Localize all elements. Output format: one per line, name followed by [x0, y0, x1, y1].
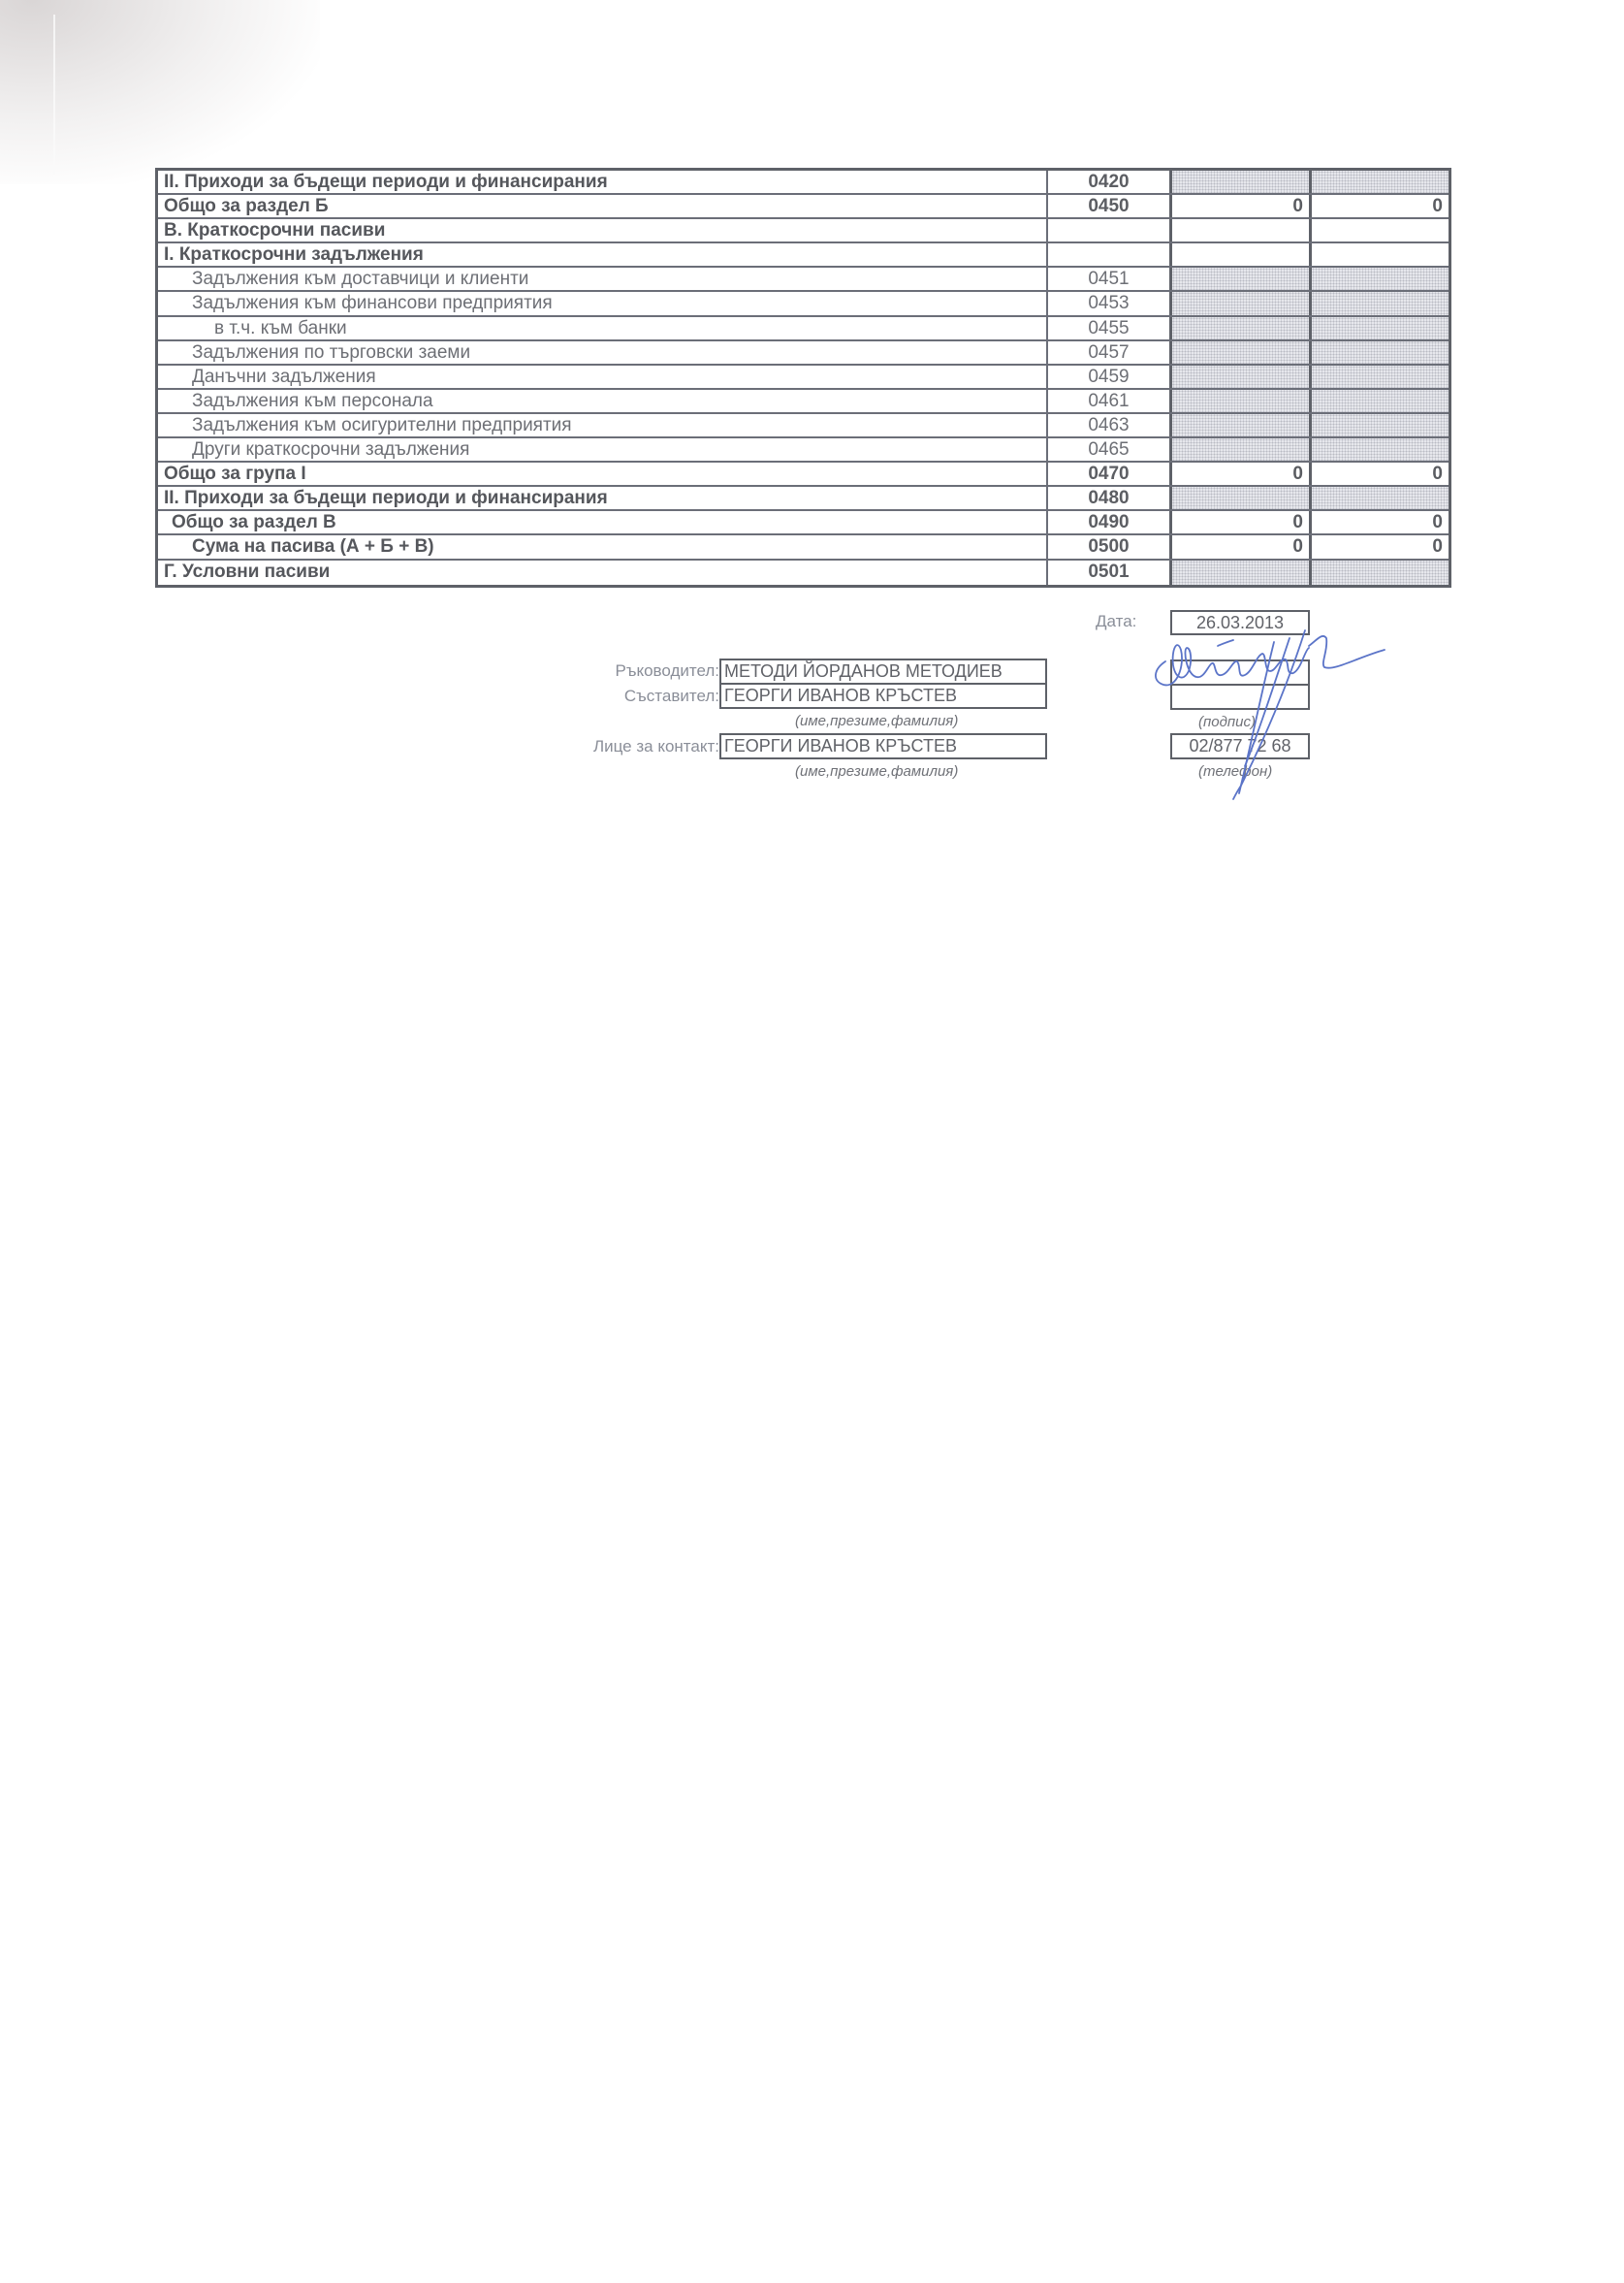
row-label: Задължения към осигурителни предприятия — [158, 414, 1048, 436]
row-code: 0455 — [1048, 317, 1172, 339]
previous-period-value[interactable] — [1312, 341, 1449, 364]
previous-period-value[interactable] — [1312, 171, 1449, 193]
row-code: 0453 — [1048, 292, 1172, 314]
table-row: Сума на пасива (А + Б + В)050000 — [158, 535, 1449, 560]
row-label: в т.ч. към банки — [158, 317, 1048, 339]
current-period-value[interactable] — [1172, 390, 1312, 412]
signature-caption: (подпис) — [1198, 714, 1256, 730]
row-code: 0490 — [1048, 511, 1172, 533]
row-code: 0465 — [1048, 438, 1172, 461]
current-period-value[interactable] — [1172, 487, 1312, 509]
current-period-value: 0 — [1172, 511, 1312, 533]
row-code: 0420 — [1048, 171, 1172, 193]
row-label: Общо за раздел Б — [158, 195, 1048, 217]
manager-name-field[interactable]: МЕТОДИ ЙОРДАНОВ МЕТОДИЕВ — [719, 659, 1047, 685]
table-row: Данъчни задължения0459 — [158, 366, 1449, 390]
row-code: 0463 — [1048, 414, 1172, 436]
current-period-value: 0 — [1172, 195, 1312, 217]
row-label: В. Краткосрочни пасиви — [158, 219, 1048, 241]
current-period-value[interactable] — [1172, 414, 1312, 436]
table-row: I. Краткосрочни задължения — [158, 243, 1449, 268]
row-code: 0500 — [1048, 535, 1172, 558]
row-label: Задължения по търговски заеми — [158, 341, 1048, 364]
table-row: Други краткосрочни задължения0465 — [158, 438, 1449, 463]
compiler-name-field[interactable]: ГЕОРГИ ИВАНОВ КРЪСТЕВ — [719, 683, 1047, 709]
table-row: в т.ч. към банки0455 — [158, 317, 1449, 341]
row-code: 0451 — [1048, 268, 1172, 290]
scan-shadow — [0, 0, 320, 184]
manager-label: Ръководител: — [615, 661, 719, 681]
previous-period-value[interactable] — [1312, 414, 1449, 436]
previous-period-value: 0 — [1312, 463, 1449, 485]
current-period-value[interactable] — [1172, 341, 1312, 364]
previous-period-value[interactable] — [1312, 487, 1449, 509]
current-period-value[interactable] — [1172, 292, 1312, 314]
previous-period-value — [1312, 243, 1449, 266]
row-code: 0480 — [1048, 487, 1172, 509]
row-label: Данъчни задължения — [158, 366, 1048, 388]
table-row: II. Приходи за бъдещи периоди и финансир… — [158, 171, 1449, 195]
contact-label: Лице за контакт: — [593, 737, 719, 756]
table-row: Г. Условни пасиви0501 — [158, 561, 1449, 585]
row-label: Общо за раздел В — [158, 511, 1048, 533]
name-caption: (име,презиме,фамилия) — [795, 713, 958, 729]
current-period-value[interactable] — [1172, 317, 1312, 339]
previous-period-value: 0 — [1312, 535, 1449, 558]
previous-period-value[interactable] — [1312, 268, 1449, 290]
current-period-value: 0 — [1172, 463, 1312, 485]
previous-period-value: 0 — [1312, 511, 1449, 533]
scan-edge — [53, 15, 55, 175]
table-row: Задължения към доставчици и клиенти0451 — [158, 268, 1449, 292]
table-row: Задължения по търговски заеми0457 — [158, 341, 1449, 366]
current-period-value: 0 — [1172, 535, 1312, 558]
current-period-value[interactable] — [1172, 438, 1312, 461]
current-period-value[interactable] — [1172, 561, 1312, 585]
row-label: II. Приходи за бъдещи периоди и финансир… — [158, 171, 1048, 193]
date-label: Дата: — [1096, 612, 1136, 631]
table-row: Общо за раздел В049000 — [158, 511, 1449, 535]
row-label: Г. Условни пасиви — [158, 561, 1048, 585]
contact-caption: (име,презиме,фамилия) — [795, 763, 958, 780]
row-label: I. Краткосрочни задължения — [158, 243, 1048, 266]
previous-period-value[interactable] — [1312, 292, 1449, 314]
contact-name-field[interactable]: ГЕОРГИ ИВАНОВ КРЪСТЕВ — [719, 733, 1047, 759]
previous-period-value[interactable] — [1312, 390, 1449, 412]
table-row: Задължения към финансови предприятия0453 — [158, 292, 1449, 316]
handwritten-signature — [1144, 621, 1396, 815]
balance-sheet-table: II. Приходи за бъдещи периоди и финансир… — [155, 168, 1451, 588]
current-period-value — [1172, 219, 1312, 241]
current-period-value — [1172, 243, 1312, 266]
row-label: II. Приходи за бъдещи периоди и финансир… — [158, 487, 1048, 509]
previous-period-value[interactable] — [1312, 561, 1449, 585]
row-code — [1048, 243, 1172, 266]
previous-period-value — [1312, 219, 1449, 241]
row-code — [1048, 219, 1172, 241]
signature-field-1[interactable] — [1170, 659, 1310, 686]
row-code: 0450 — [1048, 195, 1172, 217]
compiler-label: Съставител: — [624, 687, 719, 706]
table-row: Общо за раздел Б045000 — [158, 195, 1449, 219]
previous-period-value[interactable] — [1312, 366, 1449, 388]
table-row: II. Приходи за бъдещи периоди и финансир… — [158, 487, 1449, 511]
row-code: 0470 — [1048, 463, 1172, 485]
previous-period-value[interactable] — [1312, 317, 1449, 339]
table-row: Общо за група I047000 — [158, 463, 1449, 487]
row-label: Сума на пасива (А + Б + В) — [158, 535, 1048, 558]
row-label: Задължения към финансови предприятия — [158, 292, 1048, 314]
previous-period-value: 0 — [1312, 195, 1449, 217]
table-row: В. Краткосрочни пасиви — [158, 219, 1449, 243]
phone-field[interactable]: 02/877 72 68 — [1170, 733, 1310, 759]
current-period-value[interactable] — [1172, 366, 1312, 388]
date-field[interactable]: 26.03.2013 — [1170, 610, 1310, 635]
row-code: 0459 — [1048, 366, 1172, 388]
phone-caption: (телефон) — [1198, 763, 1272, 780]
current-period-value[interactable] — [1172, 171, 1312, 193]
signature-field-2[interactable] — [1170, 684, 1310, 710]
row-label: Общо за група I — [158, 463, 1048, 485]
previous-period-value[interactable] — [1312, 438, 1449, 461]
row-code: 0457 — [1048, 341, 1172, 364]
table-row: Задължения към персонала0461 — [158, 390, 1449, 414]
current-period-value[interactable] — [1172, 268, 1312, 290]
row-label: Други краткосрочни задължения — [158, 438, 1048, 461]
table-row: Задължения към осигурителни предприятия0… — [158, 414, 1449, 438]
row-code: 0501 — [1048, 561, 1172, 585]
row-label: Задължения към персонала — [158, 390, 1048, 412]
row-code: 0461 — [1048, 390, 1172, 412]
row-label: Задължения към доставчици и клиенти — [158, 268, 1048, 290]
